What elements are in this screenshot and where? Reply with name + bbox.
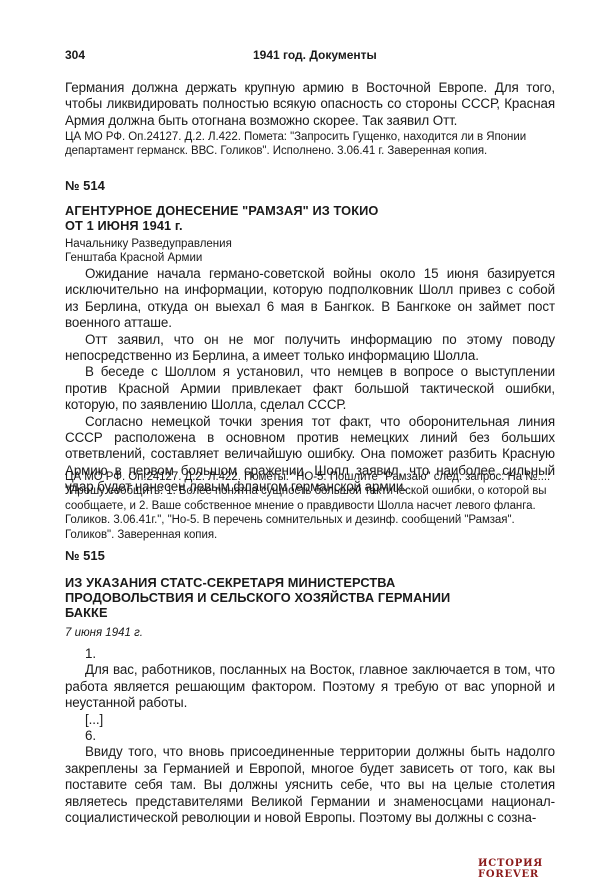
intro-text: Германия должна держать крупную армию в … <box>65 80 555 129</box>
item-6-label: 6. <box>65 728 555 744</box>
watermark-logo: ИСТОРИЯ FOREVER <box>478 858 600 880</box>
doc-515-title-line1: ИЗ УКАЗАНИЯ СТАТС-СЕКРЕТАРЯ МИНИСТЕРСТВА <box>65 575 555 590</box>
item-1-text: Для вас, работников, посланных на Восток… <box>65 662 555 711</box>
doc-514-number: № 514 <box>65 178 555 193</box>
doc-514-title-line1: АГЕНТУРНОЕ ДОНЕСЕНИЕ "РАМЗАЯ" ИЗ ТОКИО <box>65 203 555 218</box>
doc-515-title: ИЗ УКАЗАНИЯ СТАТС-СЕКРЕТАРЯ МИНИСТЕРСТВА… <box>65 575 555 620</box>
doc-514-title-line2: ОТ 1 ИЮНЯ 1941 г. <box>65 218 555 233</box>
item-6-text: Ввиду того, что вновь присоединенные тер… <box>65 744 555 826</box>
doc-514-paragraph: Отт заявил, что он не мог получить инфор… <box>65 332 555 365</box>
page-number: 304 <box>65 48 85 62</box>
running-header: 304 1941 год. Документы <box>65 48 555 64</box>
addressee-line1: Начальнику Разведуправления <box>65 238 555 252</box>
doc-514-title: АГЕНТУРНОЕ ДОНЕСЕНИЕ "РАМЗАЯ" ИЗ ТОКИО О… <box>65 203 555 233</box>
item-1-label: 1. <box>65 646 555 662</box>
intro-paragraph: Германия должна держать крупную армию в … <box>65 80 555 129</box>
doc-515-title-line2: ПРОДОВОЛЬСТВИЯ И СЕЛЬСКОГО ХОЗЯЙСТВА ГЕР… <box>65 590 555 605</box>
doc-514-addressee: Начальнику Разведуправления Генштаба Кра… <box>65 238 555 265</box>
doc-514-body: Ожидание начала германо-советской войны … <box>65 266 555 496</box>
doc-515-date: 7 июня 1941 г. <box>65 627 555 641</box>
intro-source-note: ЦА МО РФ. Оп.24127. Д.2. Л.422. Помета: … <box>65 130 555 159</box>
addressee-line2: Генштаба Красной Армии <box>65 252 555 266</box>
doc-514-paragraph: Ожидание начала германо-советской войны … <box>65 266 555 332</box>
doc-515-title-line3: БАККЕ <box>65 605 555 620</box>
doc-514-paragraph: В беседе с Шоллом я установил, что немце… <box>65 364 555 413</box>
running-title: 1941 год. Документы <box>253 48 377 62</box>
ellipsis: [...] <box>65 712 555 728</box>
doc-514-source-note: ЦА МО РФ. Оп.24127. Д.2. Л.422. Пометы: … <box>65 470 555 542</box>
doc-515-body: 1. Для вас, работников, посланных на Вос… <box>65 646 555 826</box>
doc-515-number: № 515 <box>65 548 555 563</box>
